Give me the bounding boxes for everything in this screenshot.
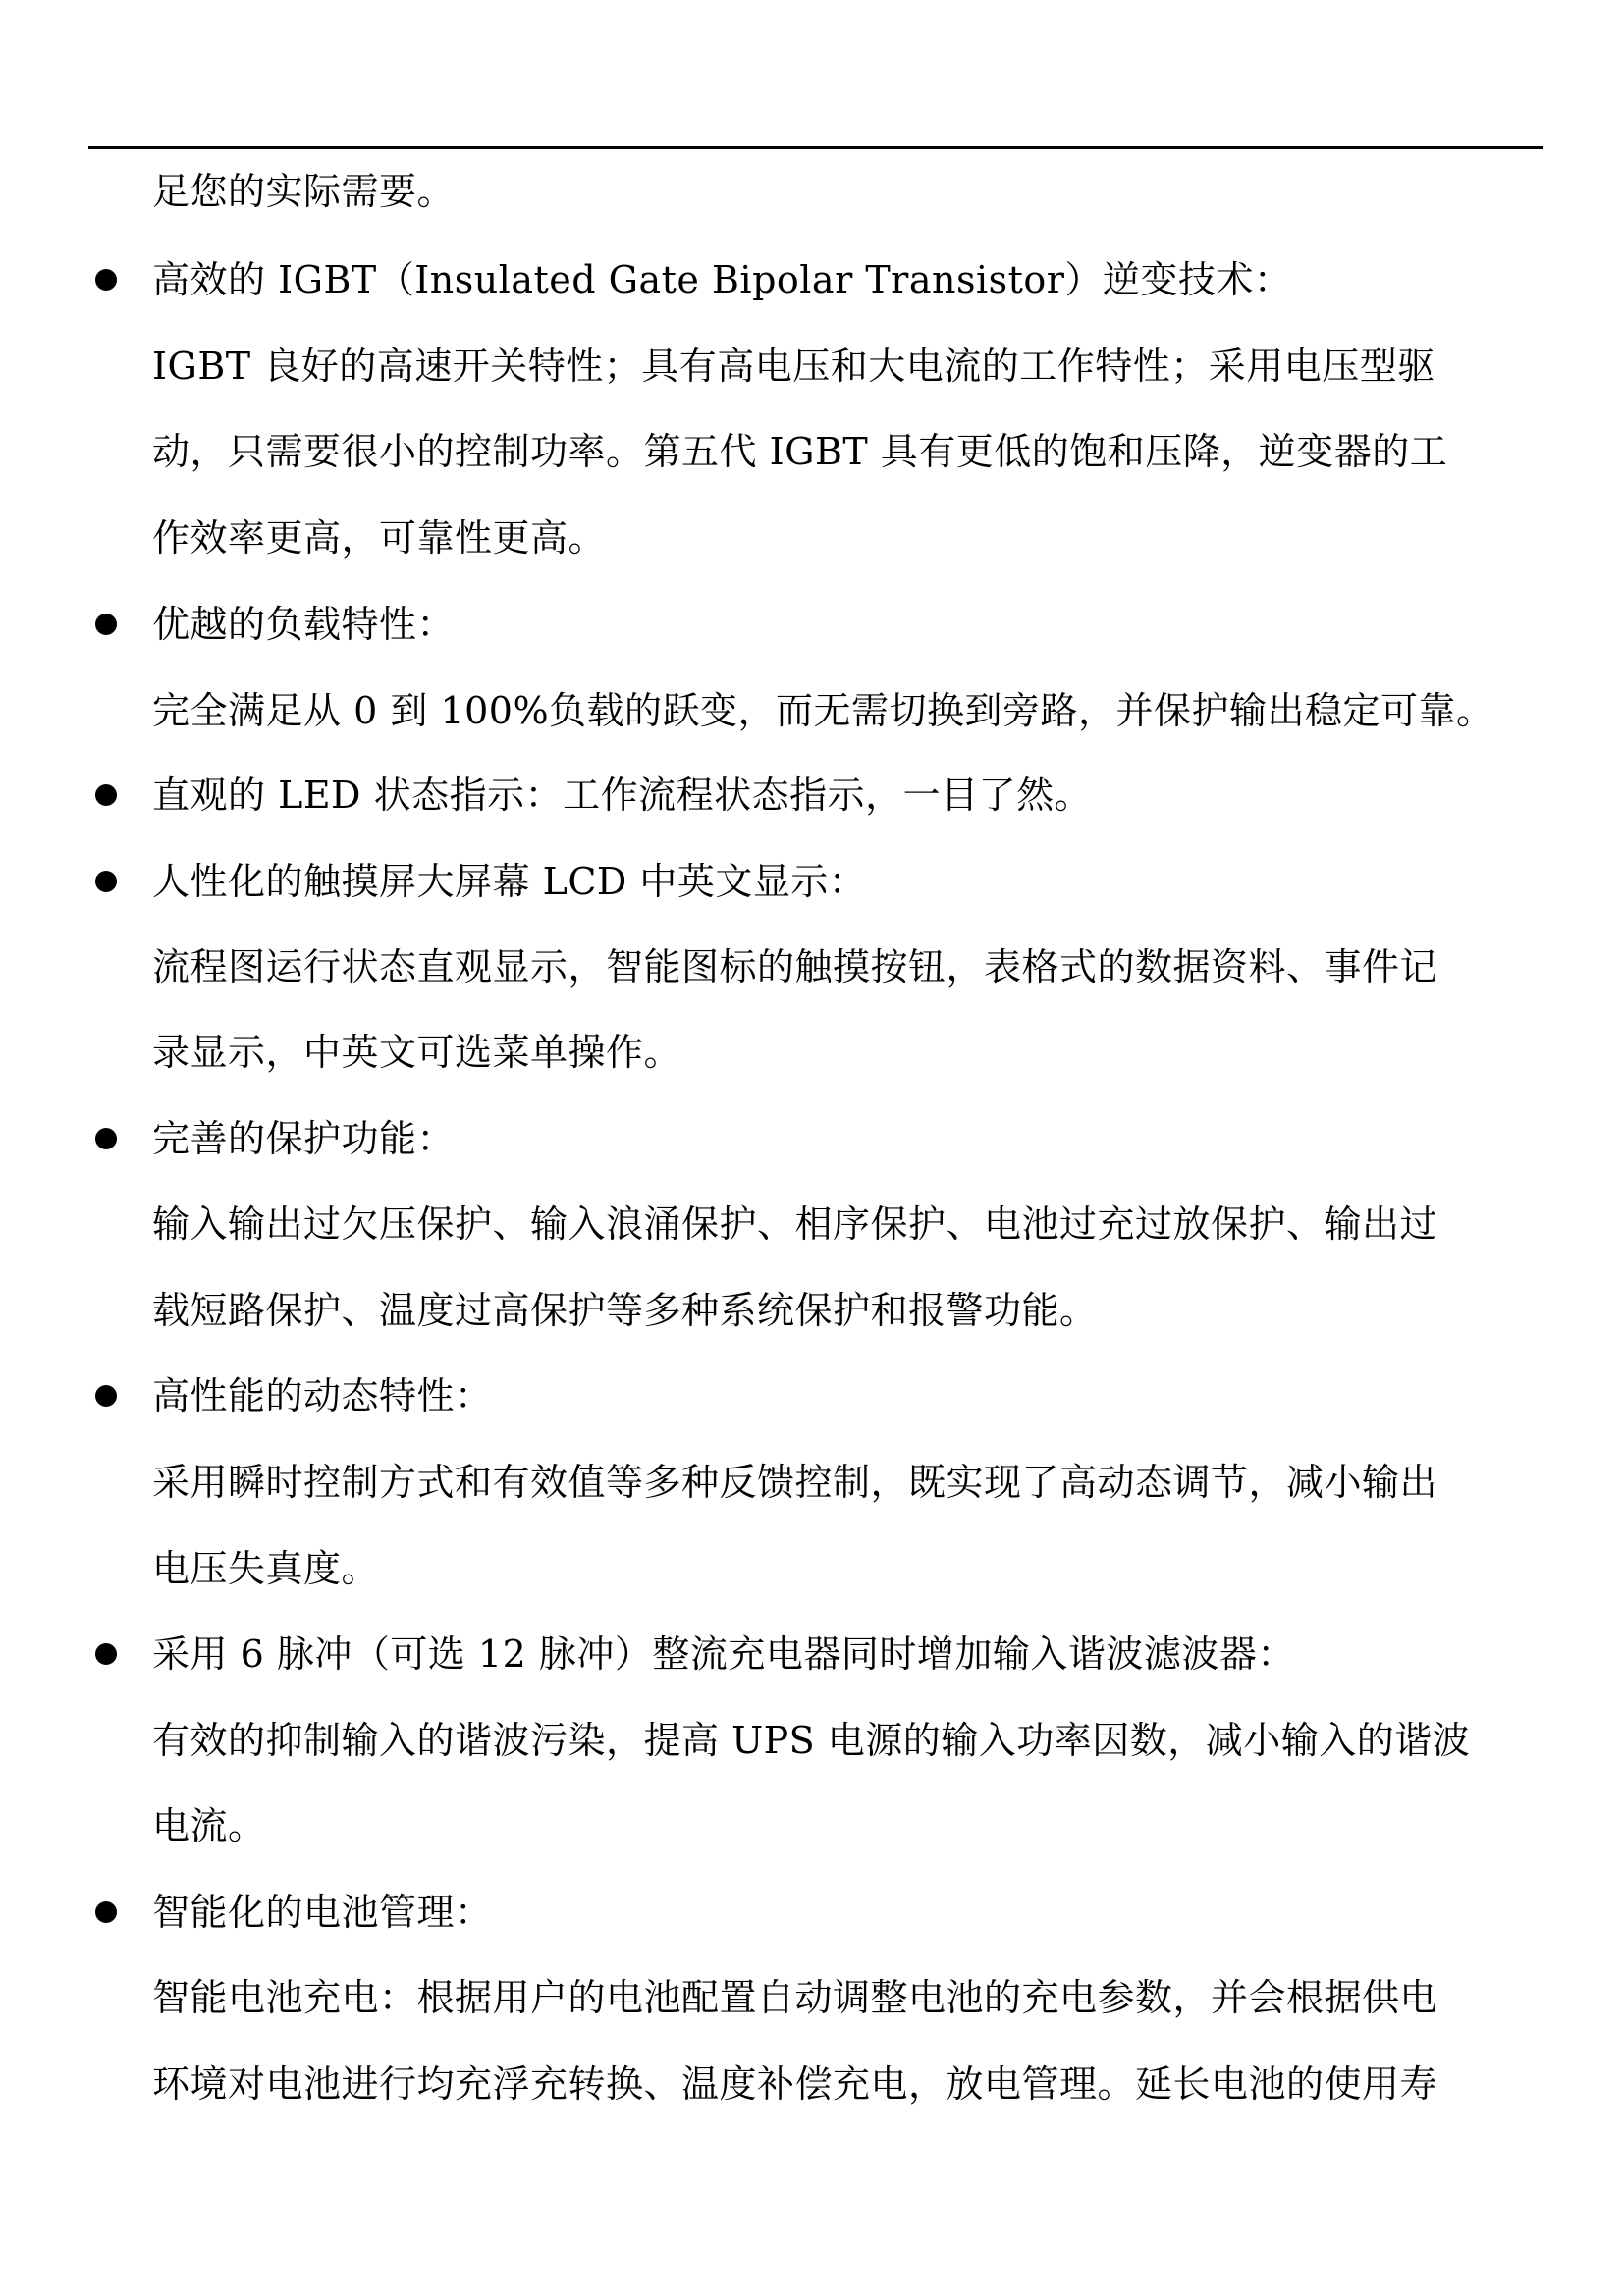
bullet-icon [95, 1385, 117, 1407]
text-line: 载短路保护、温度过高保护等多种系统保护和报警功能。 [152, 1267, 1546, 1354]
bullet-heading: 采用 6 脉冲（可选 12 脉冲）整流充电器同时增加输入谐波滤波器： [152, 1611, 1546, 1697]
bullet-icon [95, 1901, 117, 1923]
text-line: 录显示，中英文可选菜单操作。 [152, 1009, 1546, 1095]
bullet-heading: 高效的 IGBT（Insulated Gate Bipolar Transist… [152, 237, 1546, 323]
text-line: 完全满足从 0 到 100%负载的跃变，而无需切换到旁路，并保护输出稳定可靠。 [152, 667, 1546, 754]
bullet-heading: 完善的保护功能： [152, 1095, 1546, 1182]
text-line: 作效率更高，可靠性更高。 [152, 495, 1546, 581]
text-line: 环境对电池进行均充浮充转换、温度补偿充电，放电管理。延长电池的使用寿 [152, 2041, 1546, 2127]
text-line: 智能电池充电：根据用户的电池配置自动调整电池的充电参数，并会根据供电 [152, 1954, 1546, 2041]
bullet-icon [95, 269, 117, 291]
bullet-icon [95, 784, 117, 806]
bullet-heading: 优越的负载特性： [152, 581, 1546, 667]
bullet-heading: 高性能的动态特性： [152, 1353, 1546, 1439]
text-line: 足您的实际需要。 [152, 148, 1546, 235]
bullet-icon [95, 1128, 117, 1149]
bullet-icon [95, 871, 117, 892]
bullet-heading: 人性化的触摸屏大屏幕 LCD 中英文显示： [152, 838, 1546, 925]
text-line: 有效的抑制输入的谐波污染，提高 UPS 电源的输入功率因数，减小输入的谐波 [152, 1697, 1546, 1784]
bullet-icon [95, 614, 117, 635]
text-line: 电流。 [152, 1783, 1546, 1869]
text-line: 流程图运行状态直观显示，智能图标的触摸按钮，表格式的数据资料、事件记 [152, 924, 1546, 1010]
bullet-heading: 直观的 LED 状态指示：工作流程状态指示，一目了然。 [152, 752, 1546, 838]
text-line: IGBT 良好的高速开关特性；具有高电压和大电流的工作特性；采用电压型驱 [152, 323, 1546, 409]
text-line: 动，只需要很小的控制功率。第五代 IGBT 具有更低的饱和压降，逆变器的工 [152, 408, 1546, 495]
text-line: 采用瞬时控制方式和有效值等多种反馈控制，既实现了高动态调节，减小输出 [152, 1439, 1546, 1525]
bullet-heading: 智能化的电池管理： [152, 1869, 1546, 1955]
text-line: 电压失真度。 [152, 1525, 1546, 1612]
text-line: 输入输出过欠压保护、输入浪涌保护、相序保护、电池过充过放保护、输出过 [152, 1181, 1546, 1267]
bullet-icon [95, 1643, 117, 1665]
